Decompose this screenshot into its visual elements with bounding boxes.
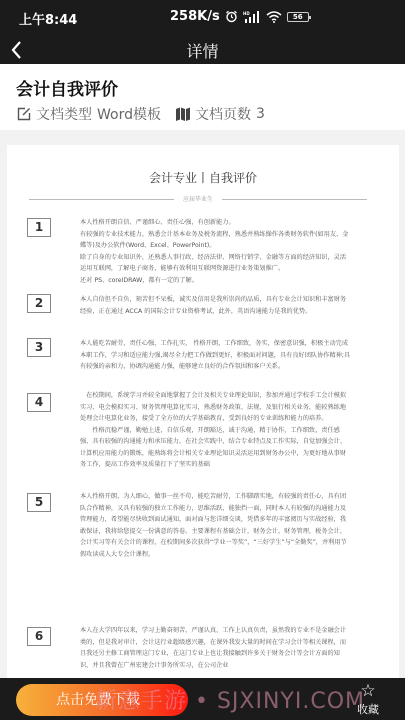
section-number: 3 <box>27 338 51 357</box>
document-subheading: 应届毕业生 <box>29 194 367 204</box>
document-heading: 会计专业丨自我评价 <box>7 169 399 186</box>
paragraph: 本人能吃苦耐劳，责任心强，工作扎实， 性格开朗，工作细致，务实，保密意识强，积极… <box>80 338 352 373</box>
paragraph: 本人性格开朗自信、严谨细心、责任心强，有创新能力。 <box>80 217 352 229</box>
hd-signal-icon: HD <box>243 11 261 23</box>
favorite-button[interactable]: ☆ 收藏 <box>348 682 388 717</box>
star-outline-icon: ☆ <box>348 682 388 700</box>
svg-text:HD: HD <box>243 11 250 16</box>
nav-bar: 详情 <box>0 34 405 64</box>
paragraph: 本人在大学四年以来，学习上勤奋刻苦，严谨认真，工作上认真负责，虽然我的专业不是金… <box>80 625 352 671</box>
edit-icon <box>16 106 32 122</box>
section-number: 5 <box>27 493 51 512</box>
document-title: 会计自我评价 <box>16 75 118 100</box>
status-bar: 上午8:44 258K/s HD 56 <box>0 0 405 34</box>
paragraph: 有较强的专业技术能力，熟悉会计基本业务及税务流程，熟悉并熟练操作各类财务软件(如… <box>80 229 352 252</box>
divider <box>222 199 367 200</box>
document-preview[interactable]: 会计专业丨自我评价 应届毕业生 1 本人性格开朗自信、严谨细心、责任心强，有创新… <box>7 145 399 705</box>
doc-pages: 文档页数 3 <box>175 104 265 124</box>
alarm-icon <box>225 10 238 23</box>
section-text: 在校期间，系统学习并较全面地掌握了会计及相关专业理论知识，参加并通过学校手工会计… <box>80 390 352 471</box>
section-number: 4 <box>27 393 51 412</box>
section-text: 本人性格开朗，为人细心，做事一丝不苟，能吃苦耐劳，工作脚踏实地，有较强的责任心，… <box>80 491 352 560</box>
section-text: 本人自信但不自负，刻苦但不呆板，诚实及信用是我所崇尚的品质，具有专业会计知识和丰… <box>80 294 352 317</box>
section-text: 本人在大学四年以来，学习上勤奋刻苦，严谨认真，工作上认真负责，虽然我的专业不是金… <box>80 625 352 671</box>
page-title: 详情 <box>0 39 405 62</box>
document-info: 会计自我评价 文档类型 Word模板 文档页数 3 <box>0 64 405 130</box>
doc-pages-label: 文档页数 <box>195 104 251 124</box>
bottom-action-bar: 点击免费下载 新意手游 • SJXINYI.COM ☆ 收藏 <box>0 678 405 720</box>
section-number: 2 <box>27 294 51 313</box>
paragraph: 在校期间，系统学习并较全面地掌握了会计及相关专业理论知识，参加并通过学校手工会计… <box>80 390 352 425</box>
doc-type: 文档类型 Word模板 <box>16 104 161 124</box>
status-time: 上午8:44 <box>19 9 77 28</box>
favorite-label: 收藏 <box>348 701 388 717</box>
doc-type-label: 文档类型 <box>36 104 92 124</box>
section-number: 1 <box>27 218 51 237</box>
network-speed: 258K/s <box>170 9 220 24</box>
section-text: 本人能吃苦耐劳，责任心强，工作扎实， 性格开朗，工作细致，务实，保密意识强，积极… <box>80 338 352 373</box>
paragraph: 除了自身的专业知识外，还熟悉人事行政、经济法律、网络行销学、金融等方面的经济知识… <box>80 252 352 275</box>
paragraph: 本人自信但不自负，刻苦但不呆板，诚实及信用是我所崇尚的品质，具有专业会计知识和丰… <box>80 294 352 317</box>
section-text: 本人性格开朗自信、严谨细心、责任心强，有创新能力。 有较强的专业技术能力，熟悉会… <box>80 217 352 286</box>
doc-pages-value: 3 <box>256 106 265 122</box>
paragraph: 本人性格开朗，为人细心，做事一丝不苟，能吃苦耐劳，工作脚踏实地，有较强的责任心，… <box>80 491 352 560</box>
battery-icon: 56 <box>287 12 309 22</box>
free-download-button[interactable]: 点击免费下载 <box>16 684 188 716</box>
status-indicators: 258K/s HD 56 <box>170 9 309 24</box>
paragraph: 性格沉稳严谨，勤勉上进，自信乐观，开朗豁达，诚于沟通，精于协作，工作细致，责任感… <box>80 425 352 471</box>
paragraph: 还对 PS、coreIDRAW，都有一定的了解。 <box>80 275 352 287</box>
wifi-icon <box>266 11 282 23</box>
book-map-icon <box>175 106 191 122</box>
document-meta: 文档类型 Word模板 文档页数 3 <box>16 104 279 124</box>
section-number: 6 <box>27 627 51 646</box>
doc-type-value: Word模板 <box>97 104 161 124</box>
